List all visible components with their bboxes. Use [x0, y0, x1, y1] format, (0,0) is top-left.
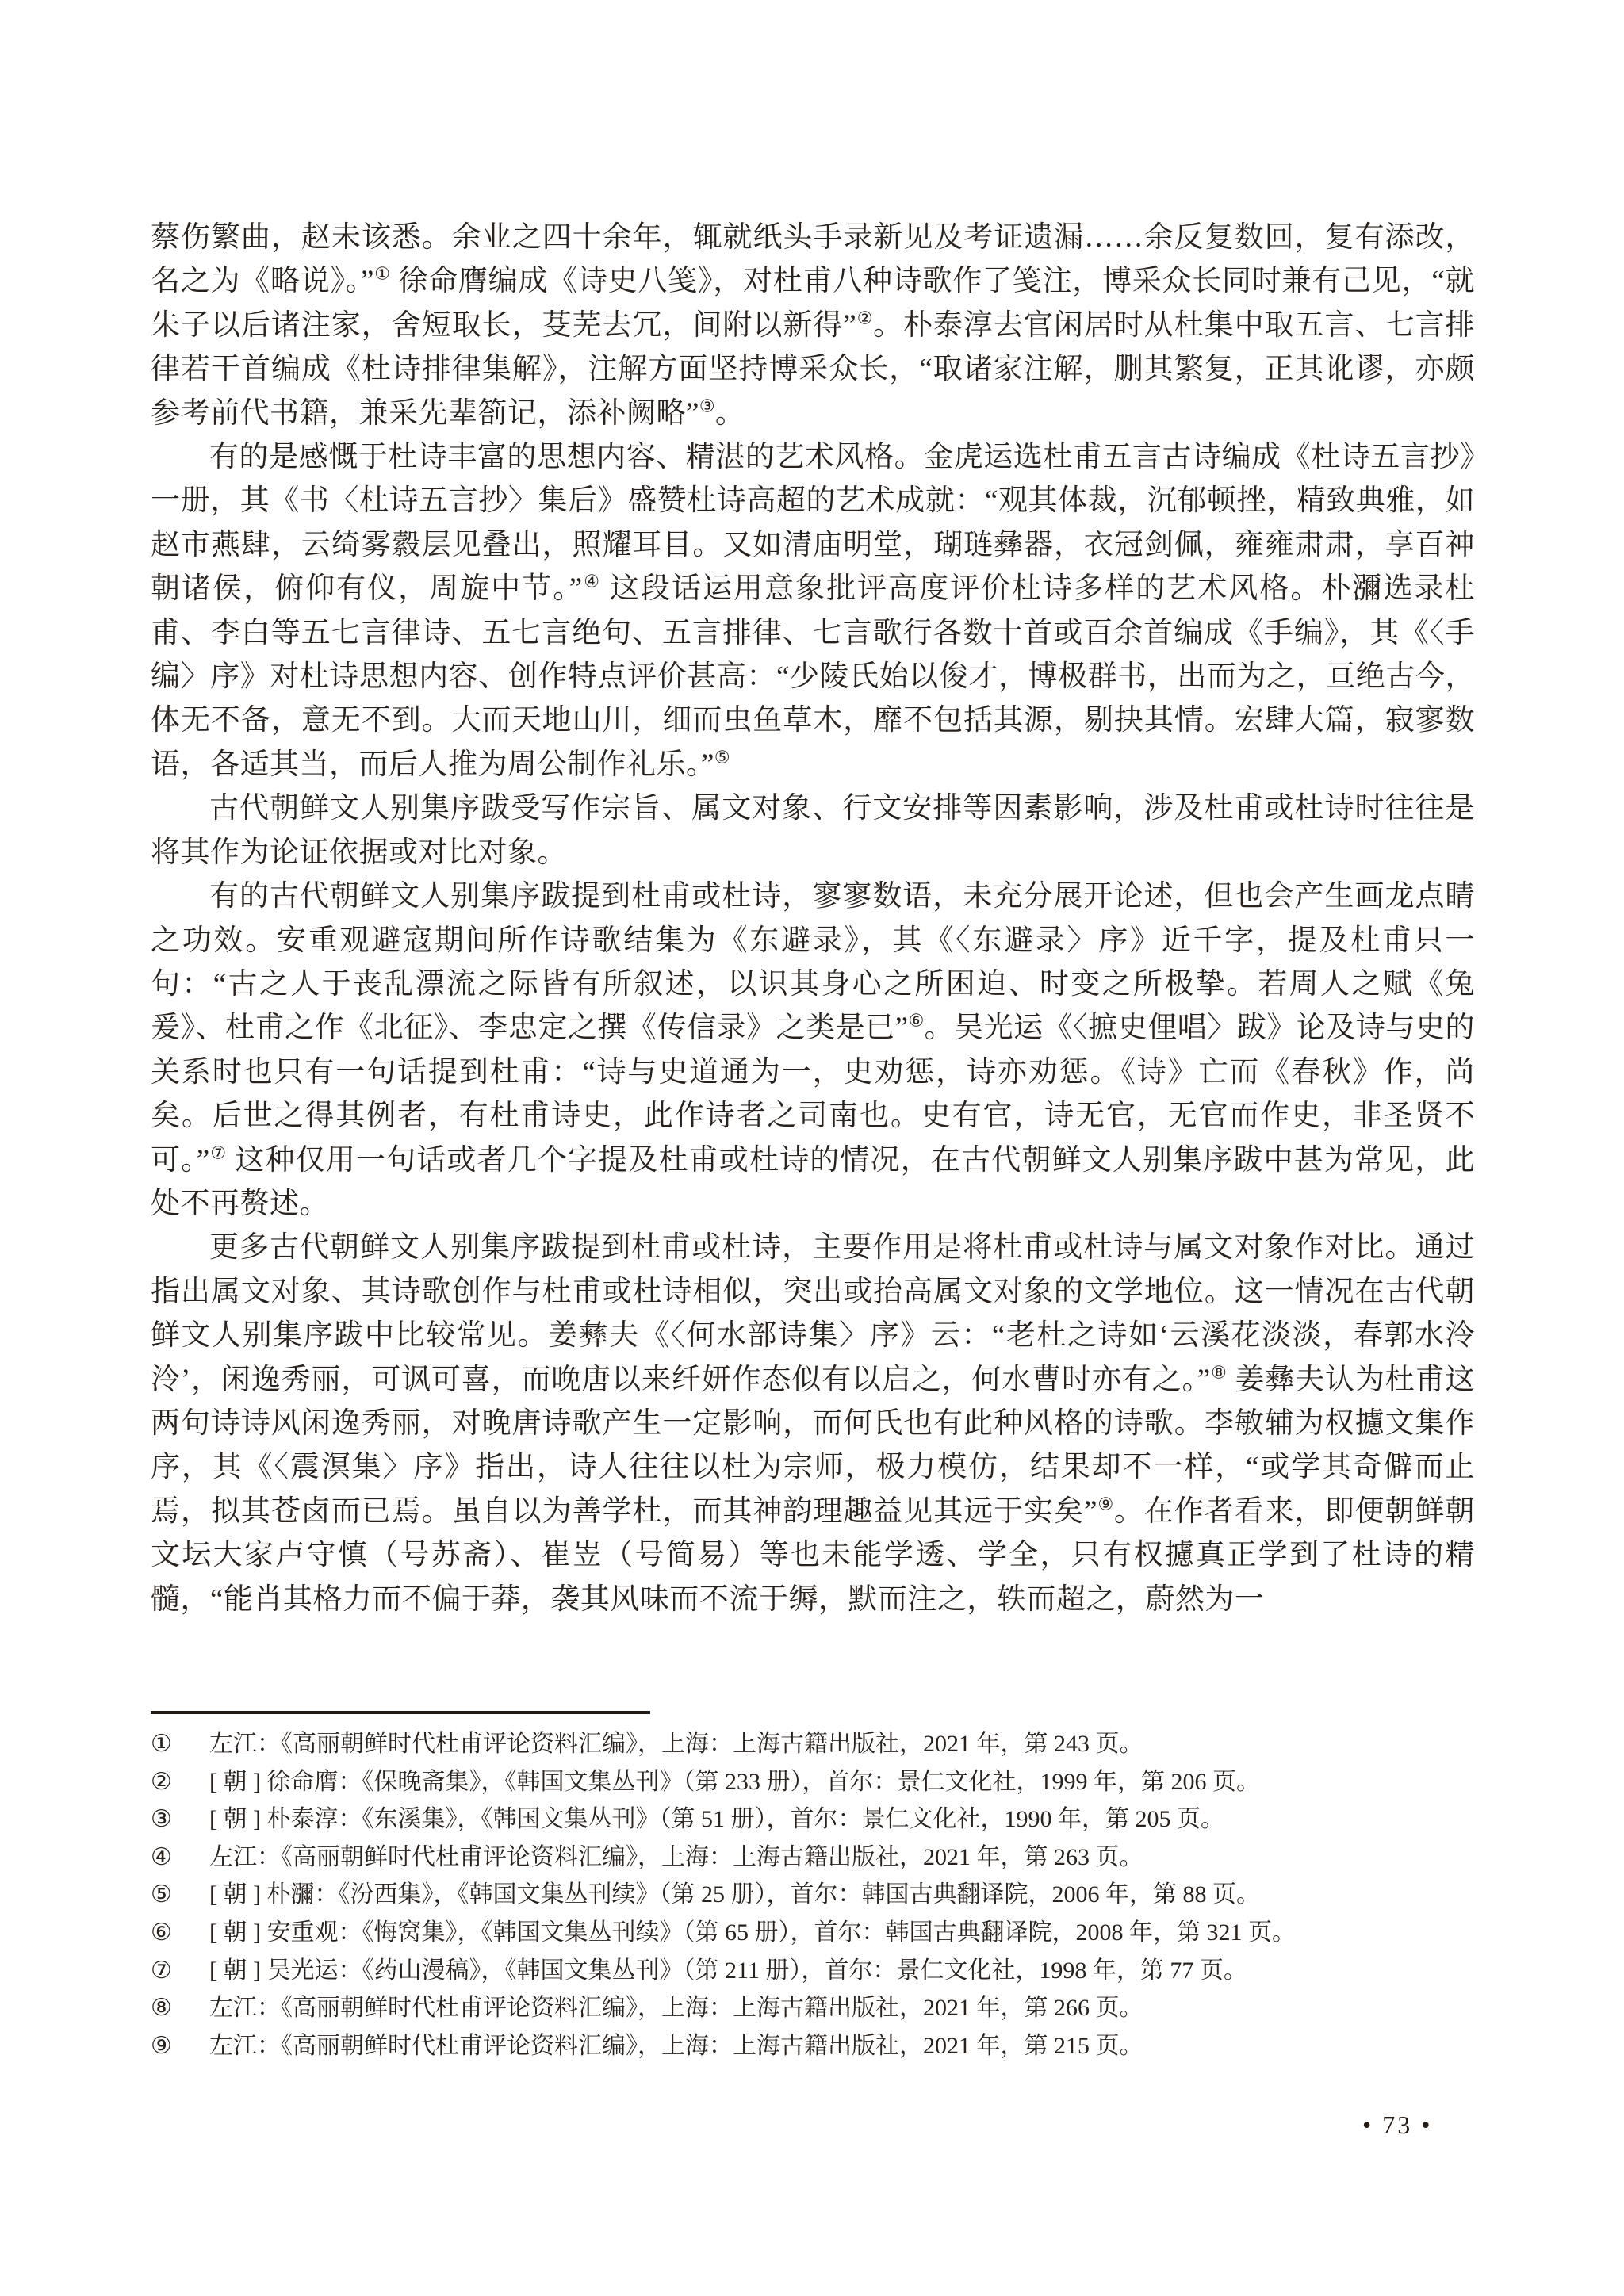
footnote: ②[ 朝 ] 徐命膺：《保晚斋集》，《韩国文集丛刊》（第 233 册），首尔：景… [151, 1763, 1483, 1801]
footnote-marker: ⑨ [151, 2027, 189, 2065]
footnote-marker: ⑦ [151, 1952, 189, 1990]
footnote: ⑦[ 朝 ] 吴光运：《药山漫稿》，《韩国文集丛刊》（第 211 册），首尔：景… [151, 1952, 1483, 1990]
footnote-text: [ 朝 ] 徐命膺：《保晚斋集》，《韩国文集丛刊》（第 233 册），首尔：景仁… [209, 1769, 1260, 1795]
footnote-text: 左江：《高丽朝鲜时代杜甫评论资料汇编》，上海：上海古籍出版社，2021 年，第 … [209, 2033, 1143, 2059]
footnote-marker: ④ [151, 1839, 189, 1877]
article-body: 蔡伤繁曲，赵未该悉。余业之四十余年，辄就纸头手录新见及考证遗漏……余反复数回，复… [151, 216, 1475, 1621]
page-number: • 73 • [1362, 2110, 1432, 2140]
footnote-text: [ 朝 ] 朴瀰：《汾西集》，《韩国文集丛刊续》（第 25 册），首尔：韩国古典… [209, 1881, 1260, 1908]
footnote-text: 左江：《高丽朝鲜时代杜甫评论资料汇编》，上海：上海古籍出版社，2021 年，第 … [209, 1844, 1143, 1870]
footnote-marker: ⑧ [151, 1989, 189, 2027]
footnote-marker: ② [151, 1763, 189, 1801]
footnote-marker: ① [151, 1725, 189, 1763]
footnote-marker: ③ [151, 1800, 189, 1839]
footnote-text: [ 朝 ] 吴光运：《药山漫稿》，《韩国文集丛刊》（第 211 册），首尔：景仁… [209, 1957, 1247, 1984]
paragraph: 有的古代朝鲜文人别集序跋提到杜甫或杜诗，寥寥数语，未充分展开论述，但也会产生画龙… [151, 874, 1475, 1226]
paragraph: 有的是感慨于杜诗丰富的思想内容、精湛的艺术风格。金虎运选杜甫五言古诗编成《杜诗五… [151, 435, 1475, 786]
document-page: 蔡伤繁曲，赵未该悉。余业之四十余年，辄就纸头手录新见及考证遗漏……余反复数回，复… [0, 0, 1624, 2296]
footnote: ⑧左江：《高丽朝鲜时代杜甫评论资料汇编》，上海：上海古籍出版社，2021 年，第… [151, 1989, 1483, 2027]
footnote: ①左江：《高丽朝鲜时代杜甫评论资料汇编》，上海：上海古籍出版社，2021 年，第… [151, 1725, 1483, 1763]
footnote-divider [151, 1711, 650, 1714]
paragraph-continuation: 蔡伤繁曲，赵未该悉。余业之四十余年，辄就纸头手录新见及考证遗漏……余反复数回，复… [151, 216, 1475, 435]
footnote-text: 左江：《高丽朝鲜时代杜甫评论资料汇编》，上海：上海古籍出版社，2021 年，第 … [209, 1731, 1143, 1757]
footnote-text: 左江：《高丽朝鲜时代杜甫评论资料汇编》，上海：上海古籍出版社，2021 年，第 … [209, 1995, 1143, 2021]
footnotes-section: ①左江：《高丽朝鲜时代杜甫评论资料汇编》，上海：上海古籍出版社，2021 年，第… [151, 1725, 1483, 2064]
footnote: ⑨左江：《高丽朝鲜时代杜甫评论资料汇编》，上海：上海古籍出版社，2021 年，第… [151, 2027, 1483, 2065]
paragraph: 古代朝鲜文人别集序跋受写作宗旨、属文对象、行文安排等因素影响，涉及杜甫或杜诗时往… [151, 786, 1475, 874]
footnote-text: [ 朝 ] 朴泰淳：《东溪集》，《韩国文集丛刊》（第 51 册），首尔：景仁文化… [209, 1806, 1224, 1832]
paragraph: 更多古代朝鲜文人别集序跋提到杜甫或杜诗，主要作用是将杜甫或杜诗与属文对象作对比。… [151, 1226, 1475, 1621]
footnote-marker: ⑤ [151, 1876, 189, 1914]
footnote-marker: ⑥ [151, 1914, 189, 1952]
footnote: ④左江：《高丽朝鲜时代杜甫评论资料汇编》，上海：上海古籍出版社，2021 年，第… [151, 1839, 1483, 1877]
footnote: ⑤[ 朝 ] 朴瀰：《汾西集》，《韩国文集丛刊续》（第 25 册），首尔：韩国古… [151, 1876, 1483, 1914]
footnote-text: [ 朝 ] 安重观：《悔窝集》，《韩国文集丛刊续》（第 65 册），首尔：韩国古… [209, 1919, 1296, 1946]
footnote: ⑥[ 朝 ] 安重观：《悔窝集》，《韩国文集丛刊续》（第 65 册），首尔：韩国… [151, 1914, 1483, 1952]
footnote: ③[ 朝 ] 朴泰淳：《东溪集》，《韩国文集丛刊》（第 51 册），首尔：景仁文… [151, 1800, 1483, 1839]
